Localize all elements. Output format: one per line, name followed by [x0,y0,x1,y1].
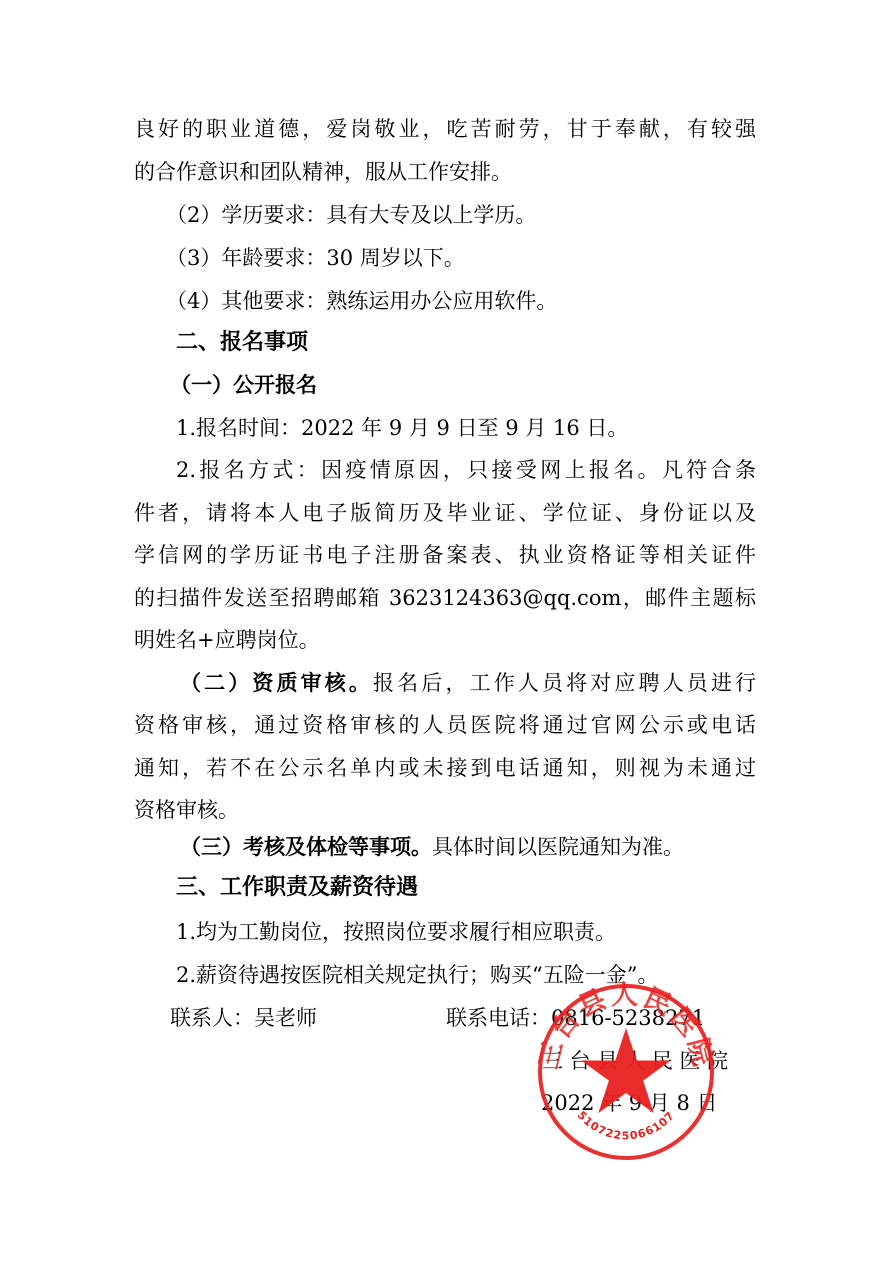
paragraph-line: 的合作意识和团队精神，服从工作安排。 [134,151,756,193]
qualification-review-line: 资格审核，通过资格审核的人员医院将通过官网公示或电话 [134,704,756,746]
requirement-age: （3）年龄要求：30 周岁以下。 [166,237,746,279]
contact-phone: 联系电话：0816-5238271 [446,997,766,1039]
subsection-heading-open-registration: （一）公开报名 [170,364,750,406]
qualification-review-line: （二）资质审核。报名后，工作人员将对应聘人员进行 [180,662,756,704]
duties-item: 1.均为工勤岗位，按照岗位要求履行相应职责。 [176,911,756,953]
subsection-heading-qualification: （二）资质审核。 [180,670,373,695]
registration-time: 1.报名时间：2022 年 9 月 9 日至 9 月 16 日。 [176,407,756,449]
registration-method-line: 2.报名方式：因疫情原因，只接受网上报名。凡符合条 [176,449,756,491]
qualification-review-line: 通知，若不在公示名单内或未接到电话通知，则视为未通过 [134,747,756,789]
qualification-review-line: 资格审核。 [134,789,756,831]
signature-date: 2022 年 9 月 8 日 [541,1082,761,1124]
registration-method-line: 明姓名+应聘岗位。 [134,619,756,661]
registration-method-line: 件者，请将本人电子版简历及毕业证、学位证、身份证以及 [134,492,756,534]
contact-person: 联系人：吴老师 [170,997,420,1039]
requirement-other: （4）其他要求：熟练运用办公应用软件。 [166,280,746,322]
salary-item: 2.薪资待遇按医院相关规定执行；购买“五险一金”。 [176,954,756,996]
document-page: 良好的职业道德，爱岗敬业，吃苦耐劳，甘于奉献，有较强 的合作意识和团队精神，服从… [0,0,889,1261]
paragraph-line: 良好的职业道德，爱岗敬业，吃苦耐劳，甘于奉献，有较强 [134,108,756,150]
signature-organization: 三台县人民医院 [542,1040,762,1082]
subsection-heading-assessment: （三）考核及体检等事项。 [180,834,432,859]
section-heading-registration: 二、报名事项 [176,322,756,364]
registration-method-line: 的扫描件发送至招聘邮箱 3623124363@qq.com，邮件主题标 [134,577,756,619]
assessment-line: （三）考核及体检等事项。具体时间以医院通知为准。 [180,826,756,868]
registration-method-line: 学信网的学历证书电子注册备案表、执业资格证等相关证件 [134,534,756,576]
requirement-education: （2）学历要求：具有大专及以上学历。 [166,194,746,236]
section-heading-duties-salary: 三、工作职责及薪资待遇 [176,867,756,909]
